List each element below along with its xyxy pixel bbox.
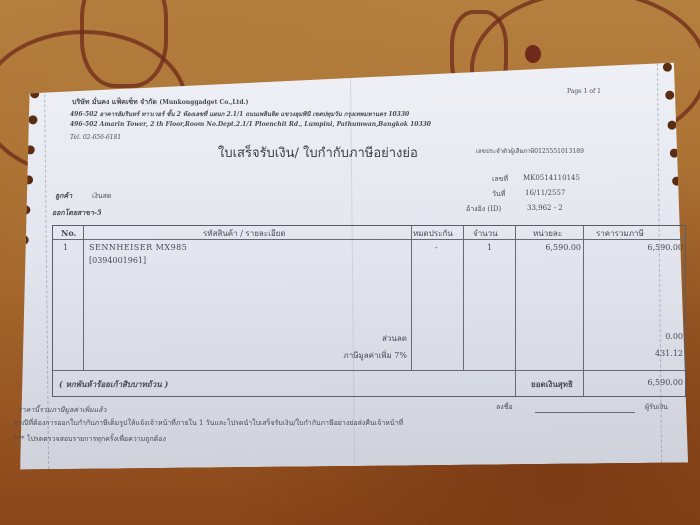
doc-number-label: เลขที่ [492, 174, 508, 185]
net-label: ยอดเงินสุทธิ [531, 378, 573, 391]
doc-number: MK0514110145 [523, 174, 580, 182]
tax-id-label: เลขประจำตัวผู้เสียภาษี [476, 148, 534, 155]
footer-note-check: *** โปรดตรวจสอบรายการทุกครั้งเพื่อความถู… [14, 434, 166, 445]
items-table: No. รหัสสินค้า / รายละเอียด หมดประกัน จำ… [52, 225, 686, 397]
vat-value: 431.12 [585, 349, 683, 358]
signature-line [535, 412, 635, 413]
header-qty: จำนวน [473, 227, 498, 240]
vat-label: ภาษีมูลค่าเพิ่ม 7% [303, 349, 407, 362]
row-qty: 1 [487, 243, 492, 252]
tractor-hole [28, 115, 37, 124]
customer-value: เงินสด [92, 191, 111, 202]
date-label: วันที่ [492, 189, 505, 200]
carpet-pattern [80, 0, 168, 88]
customer-label: ลูกค้า [55, 191, 72, 202]
tractor-hole [667, 121, 676, 130]
tractor-hole [663, 63, 672, 72]
amount-in-words: ( หกพันห้าร้อยเก้าสิบบาทถ้วน ) [59, 378, 168, 391]
row-unit-price: 6,590.00 [517, 243, 581, 252]
table-divider [583, 226, 584, 396]
tax-id-value: 0125551013189 [534, 148, 584, 155]
header-no: No. [61, 228, 76, 238]
page-indicator: Page 1 of 1 [567, 88, 601, 95]
row-description: SENNHEISER MX985 [89, 243, 187, 252]
tractor-hole [665, 91, 674, 100]
footer-note-full-invoice: กรณีที่ต้องการออกใบกำกับภาษีเต็มรูปให้แจ… [14, 418, 403, 429]
carpet-dot [525, 45, 541, 63]
header-unit-price: หน่วยละ [533, 227, 562, 240]
date-value: 16/11/2557 [525, 189, 565, 197]
header-warranty: หมดประกัน [413, 227, 453, 240]
issued-by: ออกโดยสาขา-5 [52, 208, 102, 219]
tractor-hole [20, 235, 29, 244]
header-total: ราคารวมภาษี [596, 227, 644, 240]
table-divider [463, 226, 464, 370]
sign-label: ลงชื่อ [496, 402, 513, 413]
ref-label: อ้างอิง (ID) [466, 204, 501, 215]
discount-label: ส่วนลด [303, 332, 407, 345]
tax-id: เลขประจำตัวผู้เสียภาษี0125551013189 [476, 146, 584, 156]
row-code: [0394001961] [89, 256, 146, 265]
receiver-label: ผู้รับเงิน [645, 402, 668, 413]
company-name-en: (Munkonggadget Co.,Ltd.) [159, 99, 248, 106]
table-divider [53, 239, 685, 240]
row-total: 6,590.00 [585, 243, 683, 252]
tractor-hole [21, 205, 30, 214]
net-value: 6,590.00 [585, 378, 683, 387]
company-address-en: 496-502 Amarin Tower, 2 th Floor,Room No… [70, 121, 431, 128]
row-no: 1 [63, 243, 68, 252]
footer-note-vat-included: ราคานี้รวมภาษีมูลค่าเพิ่มแล้ว [18, 405, 106, 416]
company-address-th: 496-502 อาคารอัมรินทร์ ทาวเวอร์ ชั้น 2 ห… [70, 109, 409, 119]
table-divider [515, 226, 516, 396]
tractor-hole [670, 149, 679, 158]
company-name: บริษัท มั่นคง แฟ็คเซ็ท จำกัด (Munkonggad… [72, 97, 248, 108]
tractor-hole [24, 175, 33, 184]
company-tel: Tel. 02-656-6181 [70, 134, 121, 141]
discount-value: 0.00 [585, 332, 683, 341]
company-name-th: บริษัท มั่นคง แฟ็คเซ็ท จำกัด [72, 97, 157, 106]
document-title: ใบเสร็จรับเงิน/ ใบกำกับภาษีอย่างย่อ [218, 142, 418, 163]
header-description: รหัสสินค้า / รายละเอียด [203, 227, 286, 240]
row-warranty: - [435, 243, 438, 252]
ref-value: 33,962 - 2 [527, 204, 563, 212]
table-divider [83, 226, 84, 370]
table-divider [53, 370, 685, 371]
tractor-hole [672, 177, 681, 186]
table-divider [411, 226, 412, 370]
